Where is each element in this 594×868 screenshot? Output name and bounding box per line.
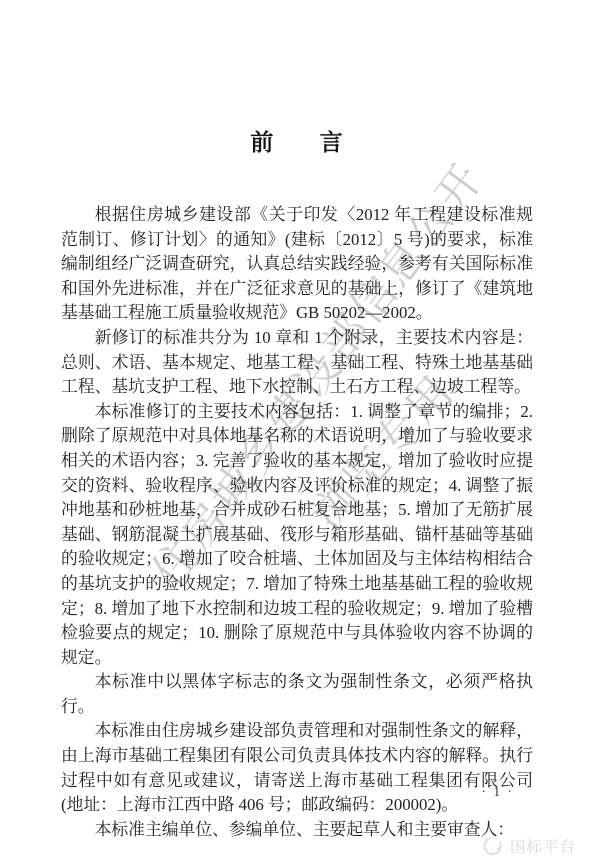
paragraph-drafting-units: 本标准主编单位、参编单位、主要起草人和主要审查人： <box>61 818 533 843</box>
page-content: 前 言 根据住房城乡建设部《关于印发〈2012 年工程建设标准规范制订、修订计划… <box>0 0 594 842</box>
brand-name: 国标平台 <box>510 835 576 857</box>
globe-swoosh-logo-icon <box>482 835 504 857</box>
paragraph-mandatory-clauses: 本标准中以黑体字标志的条文为强制性条文，必须严格执行。 <box>61 670 533 719</box>
page-title: 前 言 <box>0 131 594 154</box>
paragraph-basis: 根据住房城乡建设部《关于印发〈2012 年工程建设标准规范制订、修订计划〉的通知… <box>61 203 533 326</box>
document-page: 住房城乡建设部信息公开 浏览专用 前 言 根据住房城乡建设部《关于印发〈2012… <box>0 0 594 868</box>
page-number: · 1 · <box>482 784 515 800</box>
paragraph-structure: 新修订的标准共分为 10 章和 1 个附录，主要技术内容是：总则、术语、基本规定… <box>61 326 533 400</box>
foreword-body: 根据住房城乡建设部《关于印发〈2012 年工程建设标准规范制订、修订计划〉的通知… <box>61 203 533 842</box>
brand-footer: 国标平台 <box>482 835 576 857</box>
paragraph-revisions: 本标准修订的主要技术内容包括：1. 调整了章节的编排；2. 删除了原规范中对具体… <box>61 400 533 671</box>
paragraph-administration: 本标准由住房城乡建设部负责管理和对强制性条文的解释，由上海市基础工程集团有限公司… <box>61 719 533 817</box>
